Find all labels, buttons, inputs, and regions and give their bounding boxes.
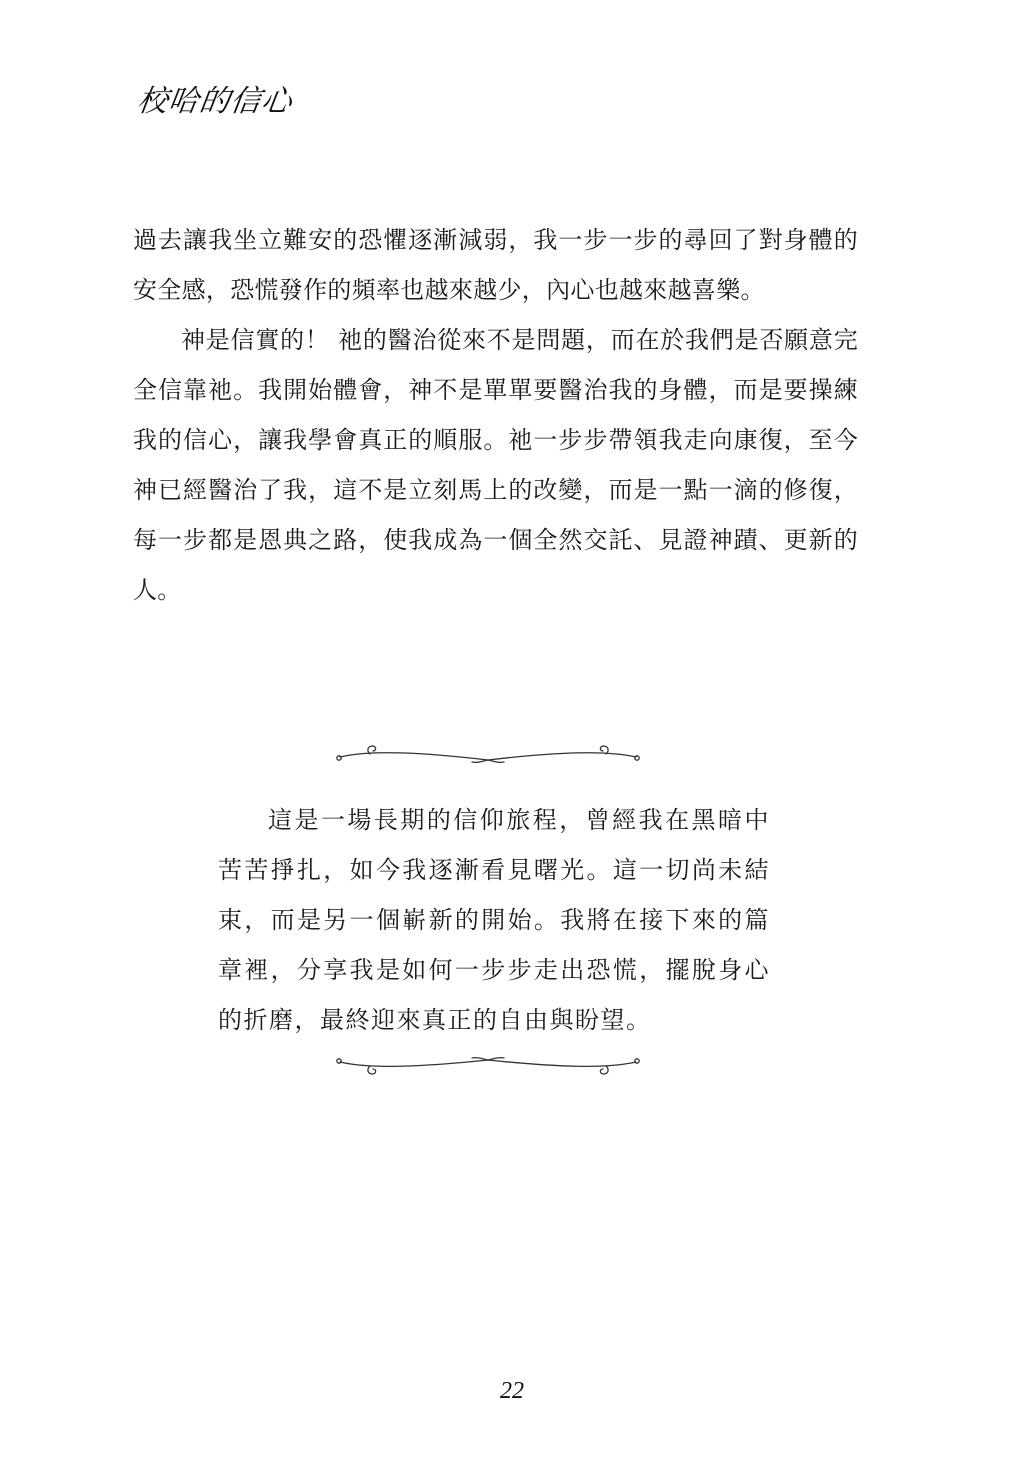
quote-paragraph: 這是一場長期的信仰旅程，曾經我在黑暗中苦苦掙扎，如今我逐漸看見曙光。這一切尚未結… xyxy=(218,795,770,1045)
flourish-divider-bottom-icon xyxy=(330,1050,646,1080)
body-paragraph: 過去讓我坐立難安的恐懼逐漸減弱，我一步一步的尋回了對身體的安全感，恐慌發作的頻率… xyxy=(133,215,858,315)
page-number: 22 xyxy=(0,1378,1024,1405)
body-paragraph: 神是信實的！ 祂的醫治從來不是問題，而在於我們是否願意完全信靠祂。我開始體會，神… xyxy=(133,315,858,615)
flourish-divider-top-icon xyxy=(330,740,646,770)
body-text: 過去讓我坐立難安的恐懼逐漸減弱，我一步一步的尋回了對身體的安全感，恐慌發作的頻率… xyxy=(133,215,858,615)
running-header-title: 校哈的信心 xyxy=(135,76,296,120)
quote-block: 這是一場長期的信仰旅程，曾經我在黑暗中苦苦掙扎，如今我逐漸看見曙光。這一切尚未結… xyxy=(218,795,770,1045)
